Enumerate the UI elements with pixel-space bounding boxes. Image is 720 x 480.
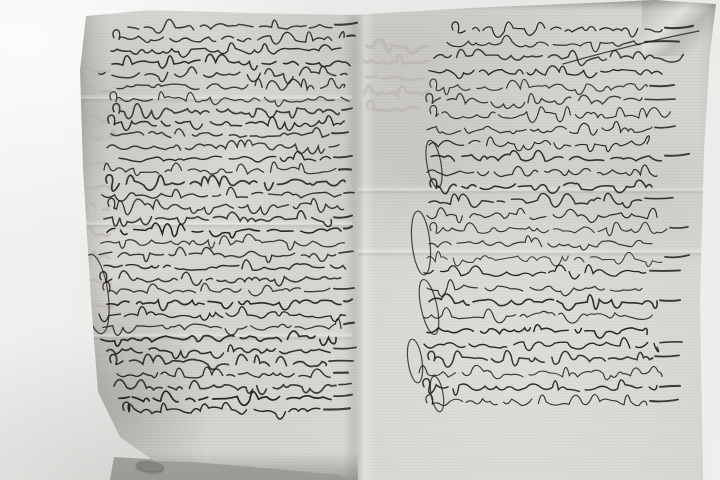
handwriting-line <box>430 222 667 235</box>
line-filler-dash <box>344 323 354 325</box>
bleedthrough-line <box>366 39 428 53</box>
handwriting-line <box>419 365 662 379</box>
handwriting-line <box>99 66 347 83</box>
handwriting-line <box>104 162 336 176</box>
bleedthrough-line <box>62 154 108 169</box>
bleedthrough-line <box>65 130 114 140</box>
handwriting-line <box>429 236 652 250</box>
handwriting-line <box>119 152 330 162</box>
line-filler-dash <box>660 300 680 301</box>
right-page-bleedthrough-text <box>364 39 430 110</box>
handwriting-line <box>427 325 647 338</box>
bleedthrough-line <box>64 184 112 189</box>
line-filler-dash <box>670 227 688 228</box>
line-filler-dash <box>324 408 350 409</box>
line-filler-dash <box>334 216 352 218</box>
line-filler-dash <box>665 26 693 28</box>
left-margin-bleedthrough-text <box>61 63 125 457</box>
bleedthrough-line <box>67 369 110 384</box>
handwriting-line <box>103 282 330 296</box>
line-filler-dash <box>334 156 352 158</box>
handwriting-line <box>104 260 345 270</box>
handwriting-line <box>427 121 652 135</box>
handwriting-line <box>101 331 336 346</box>
handwriting-line <box>108 115 344 130</box>
handwriting-line <box>101 234 344 250</box>
handwriting-line <box>112 54 350 70</box>
handwriting-line <box>108 198 344 214</box>
handwriting-line <box>428 351 653 368</box>
handwriting-line <box>110 92 349 107</box>
handwriting-line <box>128 19 332 33</box>
bleedthrough-line <box>64 298 113 312</box>
handwriting-line <box>123 402 320 419</box>
line-filler-dash <box>645 198 673 199</box>
bleedthrough-line <box>364 55 430 64</box>
handwriting-line <box>431 150 661 161</box>
handwriting-line <box>111 128 329 138</box>
handwriting-line <box>434 49 683 65</box>
line-filler-dash <box>334 347 356 348</box>
line-filler-dash <box>655 126 675 128</box>
flourish-loop <box>405 338 425 384</box>
bleedthrough-line <box>63 106 108 123</box>
bleedthrough-line <box>365 85 429 96</box>
handwriting-line <box>424 308 652 324</box>
handwriting-line <box>107 345 330 359</box>
handwriting-line <box>100 271 341 286</box>
right-page-handwriting <box>419 22 693 406</box>
handwriting-line <box>426 395 647 406</box>
line-filler-dash <box>665 154 689 156</box>
line-filler-dash <box>655 355 679 356</box>
handwriting-line <box>452 22 662 37</box>
line-filler-dash <box>645 99 675 100</box>
photograph-background <box>0 0 720 480</box>
bleedthrough-line <box>62 84 111 94</box>
handwriting-line <box>423 379 657 396</box>
bleedthrough-line <box>63 63 109 73</box>
handwriting-ink-layer <box>0 0 720 480</box>
bleedthrough-line <box>62 328 108 332</box>
handwriting-line <box>107 300 341 310</box>
handwriting-line <box>103 319 341 336</box>
handwriting-line <box>99 247 336 262</box>
line-filler-dash <box>335 23 357 25</box>
left-page-handwriting <box>99 19 357 419</box>
line-filler-dash <box>329 361 353 362</box>
line-filler-dash <box>344 193 354 194</box>
bleedthrough-line <box>70 394 113 404</box>
handwriting-line <box>104 211 331 227</box>
line-filler-dash <box>344 299 352 301</box>
handwriting-line <box>424 265 646 279</box>
flourish-loop <box>409 210 434 276</box>
handwriting-line <box>113 104 339 119</box>
line-filler-dash <box>339 169 351 170</box>
line-filler-dash <box>339 251 353 253</box>
line-filler-dash <box>342 108 352 110</box>
bleedthrough-line <box>61 249 110 266</box>
handwriting-line <box>430 79 647 95</box>
handwriting-line <box>117 78 345 90</box>
handwriting-line <box>111 43 341 57</box>
bleedthrough-line <box>63 274 111 288</box>
handwriting-line <box>117 367 330 378</box>
handwriting-line <box>427 165 657 177</box>
handwriting-line <box>430 106 670 123</box>
handwriting-line <box>424 338 659 352</box>
line-filler-dash <box>334 395 352 396</box>
flourish-loop <box>423 139 445 189</box>
handwriting-line <box>110 354 326 369</box>
bleedthrough-line <box>78 420 118 429</box>
bleedthrough-line <box>367 101 420 111</box>
flourish-loop <box>428 375 446 413</box>
handwriting-line <box>429 294 657 310</box>
handwriting-line <box>99 307 345 322</box>
handwriting-line <box>106 175 345 191</box>
handwriting-line <box>107 140 339 154</box>
line-filler-dash <box>339 384 351 385</box>
line-filler-dash <box>650 400 678 402</box>
line-filler-dash <box>665 255 689 257</box>
line-filler-dash <box>332 132 348 133</box>
bleedthrough-line <box>66 347 110 360</box>
flourish-loop <box>415 278 442 336</box>
line-filler-dash <box>344 226 352 228</box>
bleedthrough-line <box>66 226 110 236</box>
handwriting-line <box>427 280 642 297</box>
handwriting-line <box>429 193 642 207</box>
manuscript-sheet <box>0 0 720 480</box>
line-filler-dash <box>334 288 354 289</box>
handwriting-line <box>427 208 657 223</box>
handwriting-line <box>113 30 344 44</box>
bleedthrough-line <box>366 76 425 80</box>
bleedthrough-line <box>63 202 108 211</box>
handwriting-line <box>429 136 649 152</box>
handwriting-line <box>429 66 662 79</box>
handwriting-line <box>430 179 652 194</box>
line-filler-dash <box>660 386 680 387</box>
handwriting-line <box>114 380 336 395</box>
line-filler-dash <box>650 85 674 86</box>
line-filler-dash <box>660 342 682 343</box>
line-filler-dash <box>347 35 355 36</box>
bleedthrough-line <box>90 447 125 456</box>
handwriting-line <box>426 94 642 109</box>
handwriting-line <box>427 251 662 266</box>
